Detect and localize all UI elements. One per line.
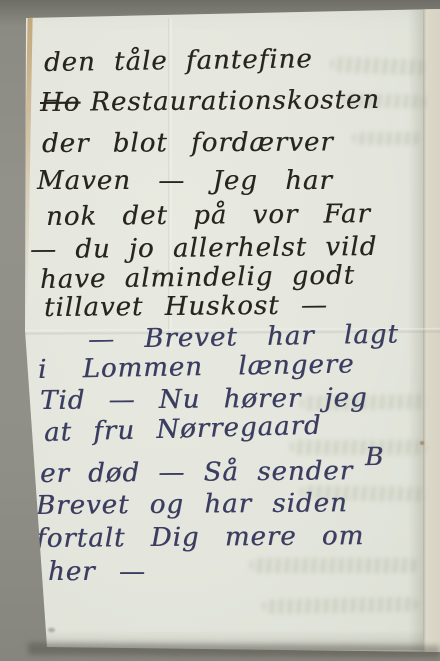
paper-smudge xyxy=(48,628,55,632)
handwriting-line-2-text: Restaurationskosten xyxy=(90,85,380,118)
handwriting-line-10: i Lommen længere xyxy=(38,349,355,385)
photo-background: den tåle fantefine HoRestaurationskosten… xyxy=(0,0,440,661)
handwriting-line-16: her — xyxy=(48,557,146,587)
ghost-text-smudge xyxy=(352,132,420,145)
handwriting-line-14: Brevet og har siden xyxy=(36,488,348,521)
handwriting-line-5: nok det på vor Far xyxy=(46,199,371,232)
ghost-text-smudge xyxy=(250,558,418,573)
paper-left-edge-tint xyxy=(22,18,32,318)
handwriting-line-4: Maven — Jeg har xyxy=(37,166,333,196)
ghost-text-smudge xyxy=(290,440,426,455)
handwriting-line-8: tillavet Huskost — xyxy=(44,291,328,323)
superscript-initial: B xyxy=(365,442,385,471)
handwriting-line-13-text: er død — Så sender xyxy=(40,456,353,489)
paper-drop-shadow xyxy=(28,643,440,658)
handwriting-line-13: er død — Så senderB xyxy=(40,456,385,489)
ghost-text-smudge xyxy=(330,56,426,75)
handwriting-line-1: den tåle fantefine xyxy=(44,44,313,78)
handwriting-line-3: der blot fordærver xyxy=(42,127,334,159)
ghost-text-smudge xyxy=(262,597,418,615)
handwriting-line-2: HoRestaurationskosten xyxy=(40,85,380,118)
struck-word: Ho xyxy=(40,88,81,118)
handwriting-line-15: fortalt Dig mere om xyxy=(36,521,364,554)
handwriting-line-12: at fru Nørregaard xyxy=(44,411,322,448)
letter-page: den tåle fantefine HoRestaurationskosten… xyxy=(0,0,440,661)
